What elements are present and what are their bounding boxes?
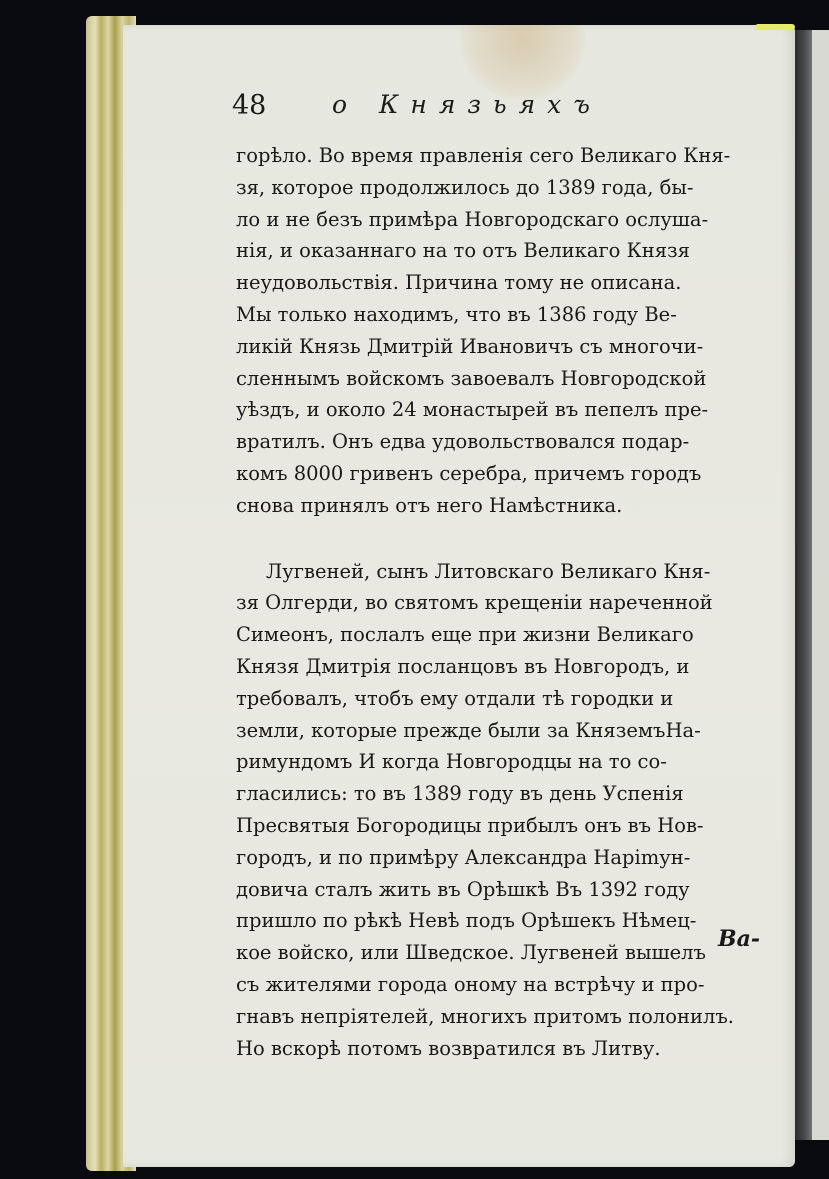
text-line: земли, которые прежде были за КняземъНа- — [236, 715, 766, 747]
text-line: съ жителями города оному на встрѣчу и пр… — [236, 969, 766, 1001]
text-line: Мы только находимъ, что въ 1386 году Ве- — [236, 299, 766, 331]
text-line: Князя Дмитрія посланцовъ въ Новгородъ, и — [236, 651, 766, 683]
text-line: ло и не безъ примѣра Новгородскаго ослуш… — [236, 204, 766, 236]
body-text: горѣло. Во время правленія сего Великаго… — [236, 140, 766, 1064]
running-title: о Князьяхъ — [332, 90, 602, 119]
text-line: нія, и оказаннаго на то отъ Великаго Кня… — [236, 235, 766, 267]
paragraph-1: горѣло. Во время правленія сего Великаго… — [236, 140, 766, 522]
text-line: уѣздъ, и около 24 монастырей въ пепелъ п… — [236, 394, 766, 426]
text-line: гнавъ непріятелей, многихъ притомъ полон… — [236, 1001, 766, 1033]
text-line: довича сталъ жить въ Орѣшкѣ Въ 1392 году — [236, 874, 766, 906]
text-line: пришло по рѣкѣ Невѣ подъ Орѣшекъ Нѣмец- — [236, 905, 766, 937]
text-line: сленнымъ войскомъ завоевалъ Новгородской — [236, 363, 766, 395]
text-line: городъ, и по примѣру Александра Нарimун- — [236, 842, 766, 874]
text-line: Но вскорѣ потомъ возвратился въ Литву. — [236, 1033, 766, 1065]
text-line: неудовольствія. Причина тому не описана. — [236, 267, 766, 299]
text-line: зя Олгерди, во святомъ крещеніи нареченн… — [236, 587, 766, 619]
text-line: гласились: то въ 1389 году въ день Успен… — [236, 778, 766, 810]
text-line: требовалъ, чтобъ ему отдали тѣ городки и — [236, 683, 766, 715]
page-top-highlight — [755, 24, 795, 30]
page-header: 48 о Князьяхъ — [232, 90, 632, 130]
text-line: комъ 8000 гривенъ серебра, причемъ город… — [236, 458, 766, 490]
text-line: Лугвеней, сынъ Литовскаго Великаго Кня- — [236, 556, 766, 588]
text-line: ликій Князь Дмитрій Ивановичъ съ многочи… — [236, 331, 766, 363]
paragraph-spacer — [236, 522, 766, 556]
page-number: 48 — [232, 90, 266, 121]
text-line: вратилъ. Онъ едва удовольствовался подар… — [236, 426, 766, 458]
text-line: Симеонъ, послалъ еще при жизни Великаго — [236, 619, 766, 651]
facing-page-edge — [812, 30, 829, 1140]
catchword: Ва- — [718, 926, 760, 952]
text-line: кое войско, или Шведское. Лугвеней вышел… — [236, 937, 766, 969]
text-line: Пресвятыя Богородицы прибылъ онъ въ Нов- — [236, 810, 766, 842]
text-line: снова принялъ отъ него Намѣстника. — [236, 490, 766, 522]
text-line: римундомъ И когда Новгородцы на то со- — [236, 746, 766, 778]
text-line: горѣло. Во время правленія сего Великаго… — [236, 140, 766, 172]
paragraph-2: Лугвеней, сынъ Литовскаго Великаго Кня- … — [236, 556, 766, 1065]
text-line: зя, которое продолжилось до 1389 года, б… — [236, 172, 766, 204]
